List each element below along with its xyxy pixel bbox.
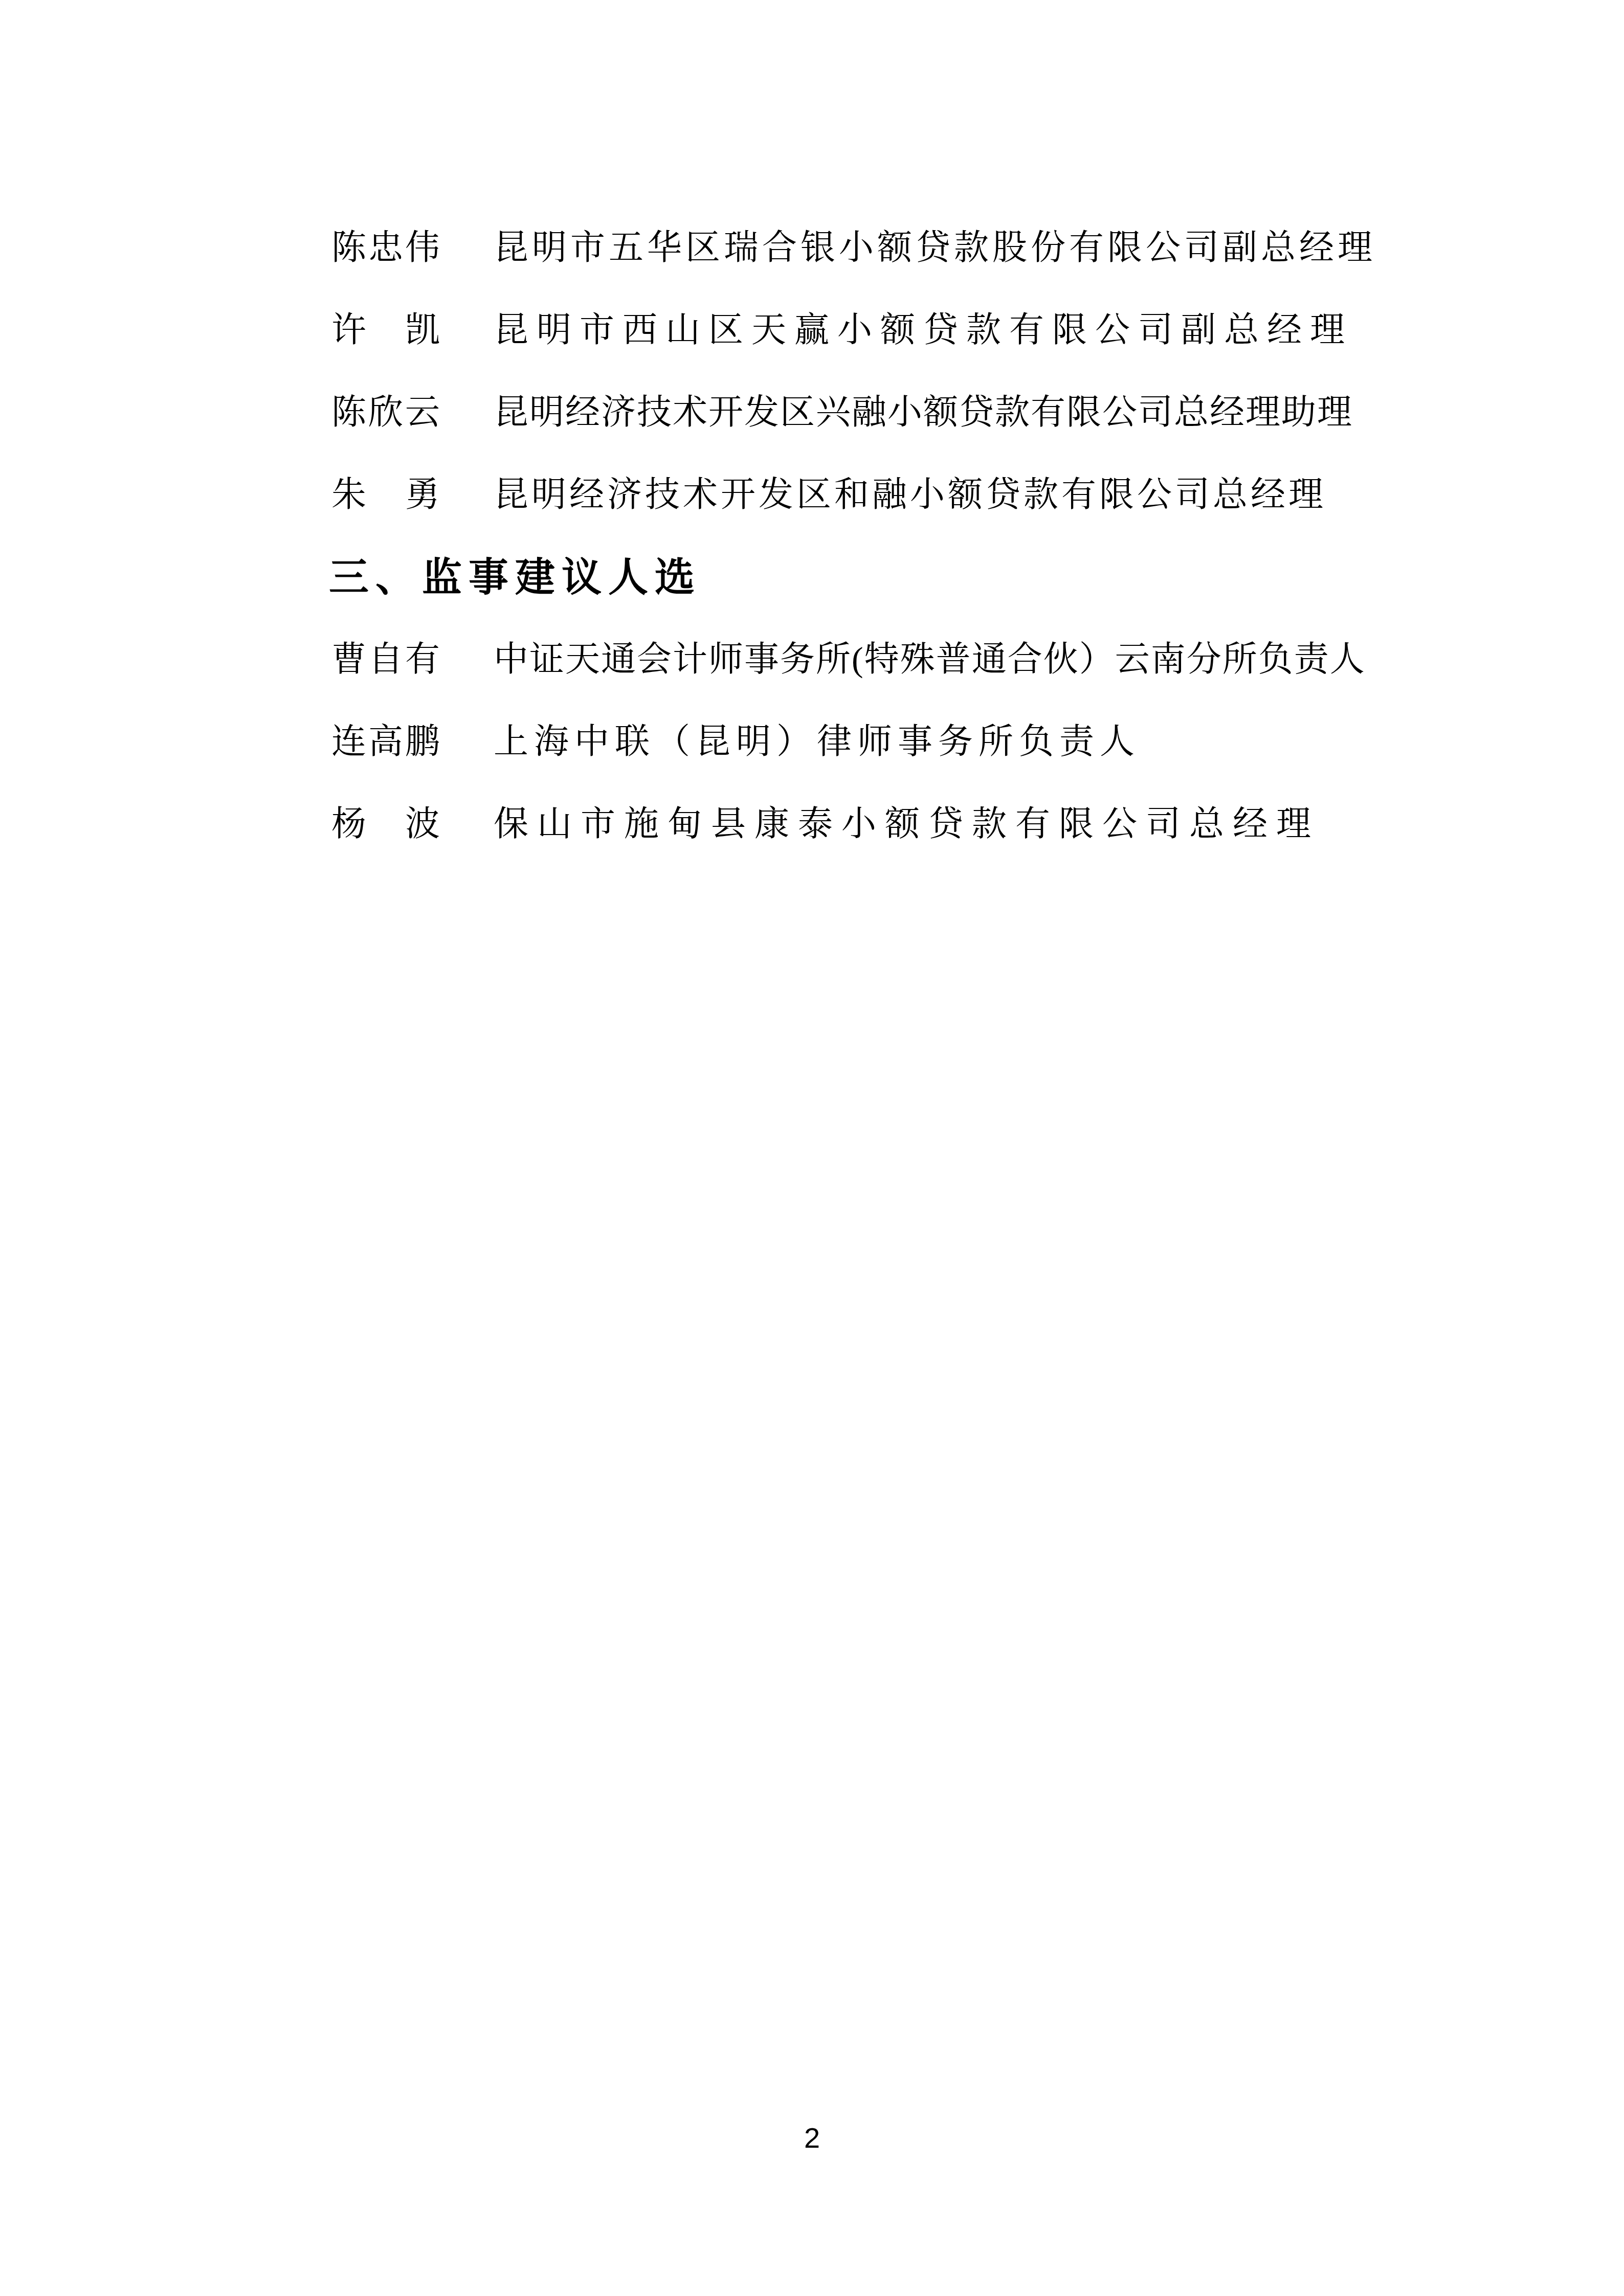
list-item: 朱 勇 昆明经济技术开发区和融小额贷款有限公司总经理 (331, 451, 1376, 533)
list-item: 陈欣云 昆明经济技术开发区兴融小额贷款有限公司总经理助理 (331, 368, 1376, 451)
person-position: 昆明市五华区瑞合银小额贷款股份有限公司副总经理 (494, 220, 1376, 269)
person-name: 朱 勇 (331, 467, 440, 516)
person-name: 陈忠伟 (331, 220, 440, 269)
person-position: 昆明经济技术开发区和融小额贷款有限公司总经理 (494, 467, 1326, 516)
person-position: 上海中联（昆明）律师事务所负责人 (494, 714, 1140, 763)
page-body: 陈忠伟 昆明市五华区瑞合银小额贷款股份有限公司副总经理 许 凯 昆明市西山区天赢… (331, 204, 1376, 862)
person-position: 中证天通会计师事务所(特殊普通合伙）云南分所负责人 (494, 632, 1366, 681)
list-item: 陈忠伟 昆明市五华区瑞合银小额贷款股份有限公司副总经理 (331, 204, 1376, 286)
page-number: 2 (0, 2121, 1624, 2154)
list-item: 许 凯 昆明市西山区天赢小额贷款有限公司副总经理 (331, 286, 1376, 368)
person-name: 曹自有 (331, 632, 440, 681)
person-name: 陈欣云 (331, 385, 440, 434)
section-heading: 三、监事建议人选 (329, 546, 701, 603)
person-position: 保山市施甸县康泰小额贷款有限公司总经理 (494, 796, 1320, 846)
person-name: 杨 波 (331, 796, 440, 846)
list-item: 连高鹏 上海中联（昆明）律师事务所负责人 (331, 697, 1376, 780)
person-position: 昆明市西山区天赢小额贷款有限公司副总经理 (494, 302, 1353, 352)
list-item: 杨 波 保山市施甸县康泰小额贷款有限公司总经理 (331, 780, 1376, 862)
section-heading-row: 三、监事建议人选 (331, 533, 1376, 615)
person-position: 昆明经济技术开发区兴融小额贷款有限公司总经理助理 (494, 385, 1353, 434)
person-name: 许 凯 (331, 302, 440, 352)
person-name: 连高鹏 (331, 714, 440, 763)
list-item: 曹自有 中证天通会计师事务所(特殊普通合伙）云南分所负责人 (331, 615, 1376, 697)
